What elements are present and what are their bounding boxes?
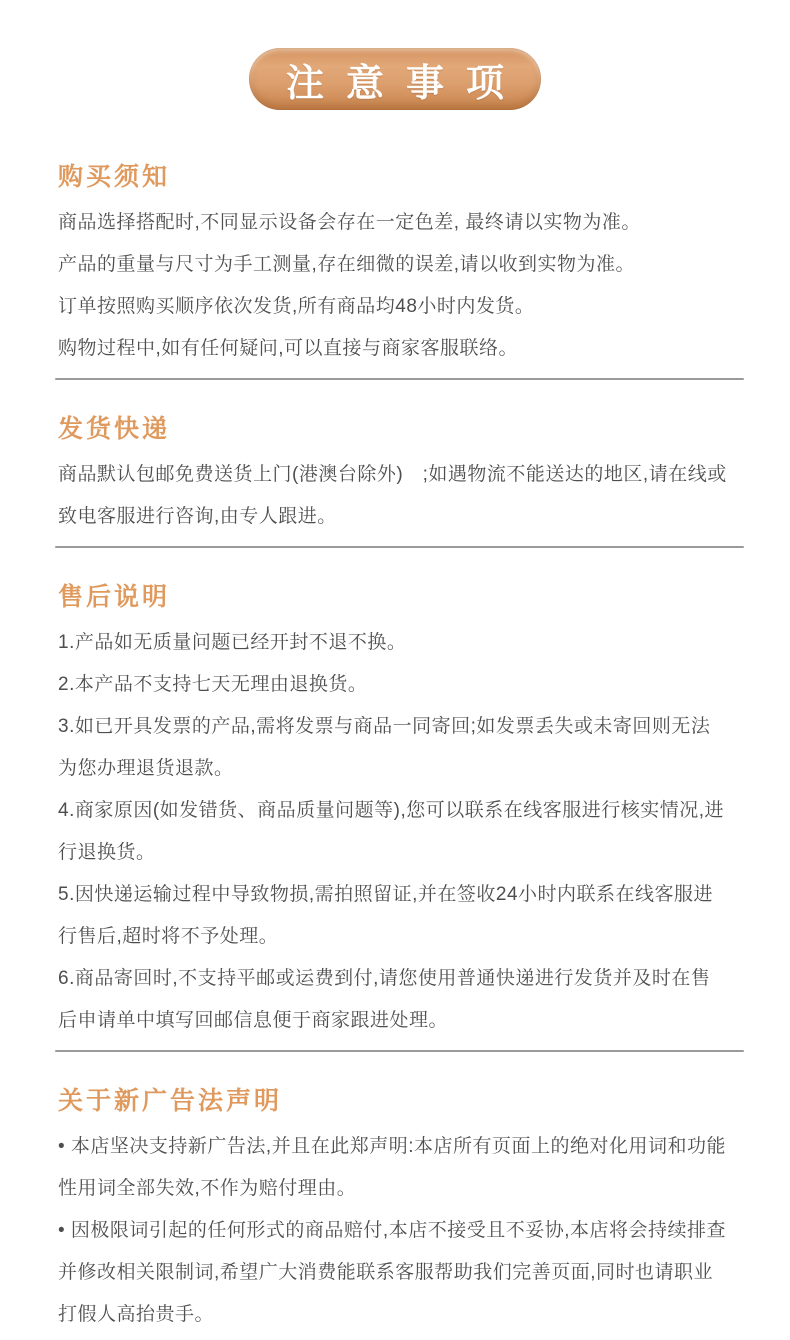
aftersales-item: 5.因快递运输过程中导致物损,需拍照留证,并在签收24小时内联系在线客服进 行售… bbox=[58, 874, 742, 958]
statement-bullet: • 本店坚决支持新广告法,并且在此郑声明:本店所有页面上的绝对化用词和功能 性用… bbox=[58, 1126, 742, 1210]
notice-paragraph: 订单按照购买顺序依次发货,所有商品均48小时内发货。 bbox=[58, 286, 742, 328]
section-body: • 本店坚决支持新广告法,并且在此郑声明:本店所有页面上的绝对化用词和功能 性用… bbox=[58, 1126, 742, 1336]
notice-content: 购买须知 商品选择搭配时,不同显示设备会存在一定色差, 最终请以实物为准。 产品… bbox=[0, 162, 790, 1336]
section-body: 1.产品如无质量问题已经开封不退不换。 2.本产品不支持七天无理由退换货。 3.… bbox=[58, 622, 742, 1042]
section-heading: 购买须知 bbox=[58, 162, 742, 192]
aftersales-item: 2.本产品不支持七天无理由退换货。 bbox=[58, 664, 742, 706]
section-body: 商品选择搭配时,不同显示设备会存在一定色差, 最终请以实物为准。 产品的重量与尺… bbox=[58, 202, 742, 370]
section-body: 商品默认包邮免费送货上门(港澳台除外) ;如遇物流不能送达的地区,请在线或 致电… bbox=[58, 454, 742, 538]
notice-paragraph: 购物过程中,如有任何疑问,可以直接与商家客服联络。 bbox=[58, 328, 742, 370]
section-divider bbox=[55, 546, 744, 548]
section-divider bbox=[55, 1050, 744, 1052]
page-title: 注意事项 bbox=[286, 52, 526, 107]
section-heading: 关于新广告法声明 bbox=[58, 1086, 742, 1116]
header: 注意事项 bbox=[0, 0, 790, 110]
aftersales-item: 4.商家原因(如发错货、商品质量问题等),您可以联系在线客服进行核实情况,进 行… bbox=[58, 790, 742, 874]
statement-bullet: • 因极限词引起的任何形式的商品赔付,本店不接受且不妥协,本店将会持续排查 并修… bbox=[58, 1210, 742, 1336]
notice-paragraph: 商品选择搭配时,不同显示设备会存在一定色差, 最终请以实物为准。 bbox=[58, 202, 742, 244]
notice-paragraph: 产品的重量与尺寸为手工测量,存在细微的误差,请以收到实物为准。 bbox=[58, 244, 742, 286]
section-aftersales: 售后说明 1.产品如无质量问题已经开封不退不换。 2.本产品不支持七天无理由退换… bbox=[58, 582, 742, 1052]
notice-title-badge: 注意事项 bbox=[249, 48, 541, 110]
notice-paragraph: 商品默认包邮免费送货上门(港澳台除外) ;如遇物流不能送达的地区,请在线或 致电… bbox=[58, 454, 742, 538]
section-purchase-notes: 购买须知 商品选择搭配时,不同显示设备会存在一定色差, 最终请以实物为准。 产品… bbox=[58, 162, 742, 380]
aftersales-item: 1.产品如无质量问题已经开封不退不换。 bbox=[58, 622, 742, 664]
aftersales-item: 3.如已开具发票的产品,需将发票与商品一同寄回;如发票丢失或未寄回则无法 为您办… bbox=[58, 706, 742, 790]
notice-page: 注意事项 购买须知 商品选择搭配时,不同显示设备会存在一定色差, 最终请以实物为… bbox=[0, 0, 790, 1340]
section-shipping: 发货快递 商品默认包邮免费送货上门(港澳台除外) ;如遇物流不能送达的地区,请在… bbox=[58, 414, 742, 548]
section-divider bbox=[55, 378, 744, 380]
section-heading: 发货快递 bbox=[58, 414, 742, 444]
section-ad-law-statement: 关于新广告法声明 • 本店坚决支持新广告法,并且在此郑声明:本店所有页面上的绝对… bbox=[58, 1086, 742, 1336]
aftersales-item: 6.商品寄回时,不支持平邮或运费到付,请您使用普通快递进行发货并及时在售 后申请… bbox=[58, 958, 742, 1042]
section-heading: 售后说明 bbox=[58, 582, 742, 612]
